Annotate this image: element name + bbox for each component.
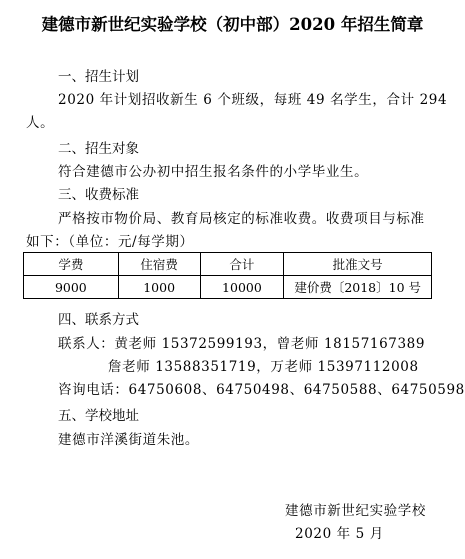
enrollment-plan-text-line-1: 2020 年计划招收新生 6 个班级，每班 49 名学生，合计 294 [58, 88, 447, 108]
contact-line-2: 詹老师 13588351719，万老师 15397112008 [108, 355, 419, 375]
section-heading-fee-standard: 三、收费标准 [58, 183, 139, 203]
signature-date: 2020 年 5 月 [295, 522, 384, 542]
fee-standard-text-line-1: 严格按市物价局、教育局核定的标准收费。收费项目与标准 [58, 207, 425, 227]
header-accommodation: 住宿费 [118, 253, 200, 276]
fee-standard-text-line-2: 如下：（单位：元/每学期） [26, 230, 194, 250]
cell-total: 10000 [200, 276, 284, 299]
section-heading-enrollment-plan: 一、招生计划 [58, 65, 139, 85]
section-heading-address: 五、学校地址 [58, 404, 139, 424]
cell-accommodation: 1000 [118, 276, 200, 299]
address-text: 建德市洋溪街道朱池。 [58, 428, 199, 448]
section-heading-enrollment-target: 二、招生对象 [58, 137, 139, 157]
cell-tuition: 9000 [24, 276, 119, 299]
page-title: 建德市新世纪实验学校（初中部）2020 年招生简章 [0, 11, 465, 35]
fee-table: 学费 住宿费 合计 批准文号 9000 1000 10000 建价费〔2018〕… [23, 252, 432, 299]
contact-line-1: 联系人：黄老师 15372599193，曾老师 18157167389 [58, 332, 425, 352]
table-row: 9000 1000 10000 建价费〔2018〕10 号 [24, 276, 432, 299]
enrollment-target-text: 符合建德市公办初中招生报名条件的小学毕业生。 [58, 160, 368, 180]
header-approval-number: 批准文号 [284, 253, 432, 276]
enrollment-plan-text-line-2: 人。 [26, 111, 54, 131]
header-total: 合计 [200, 253, 284, 276]
cell-approval-number: 建价费〔2018〕10 号 [284, 276, 432, 299]
section-heading-contact: 四、联系方式 [58, 308, 139, 328]
signature-org: 建德市新世纪实验学校 [285, 499, 426, 519]
contact-phone-line: 咨询电话：64750608、64750498、64750588、64750598… [58, 378, 465, 398]
header-tuition: 学费 [24, 253, 119, 276]
fee-table-header-row: 学费 住宿费 合计 批准文号 [24, 253, 432, 276]
